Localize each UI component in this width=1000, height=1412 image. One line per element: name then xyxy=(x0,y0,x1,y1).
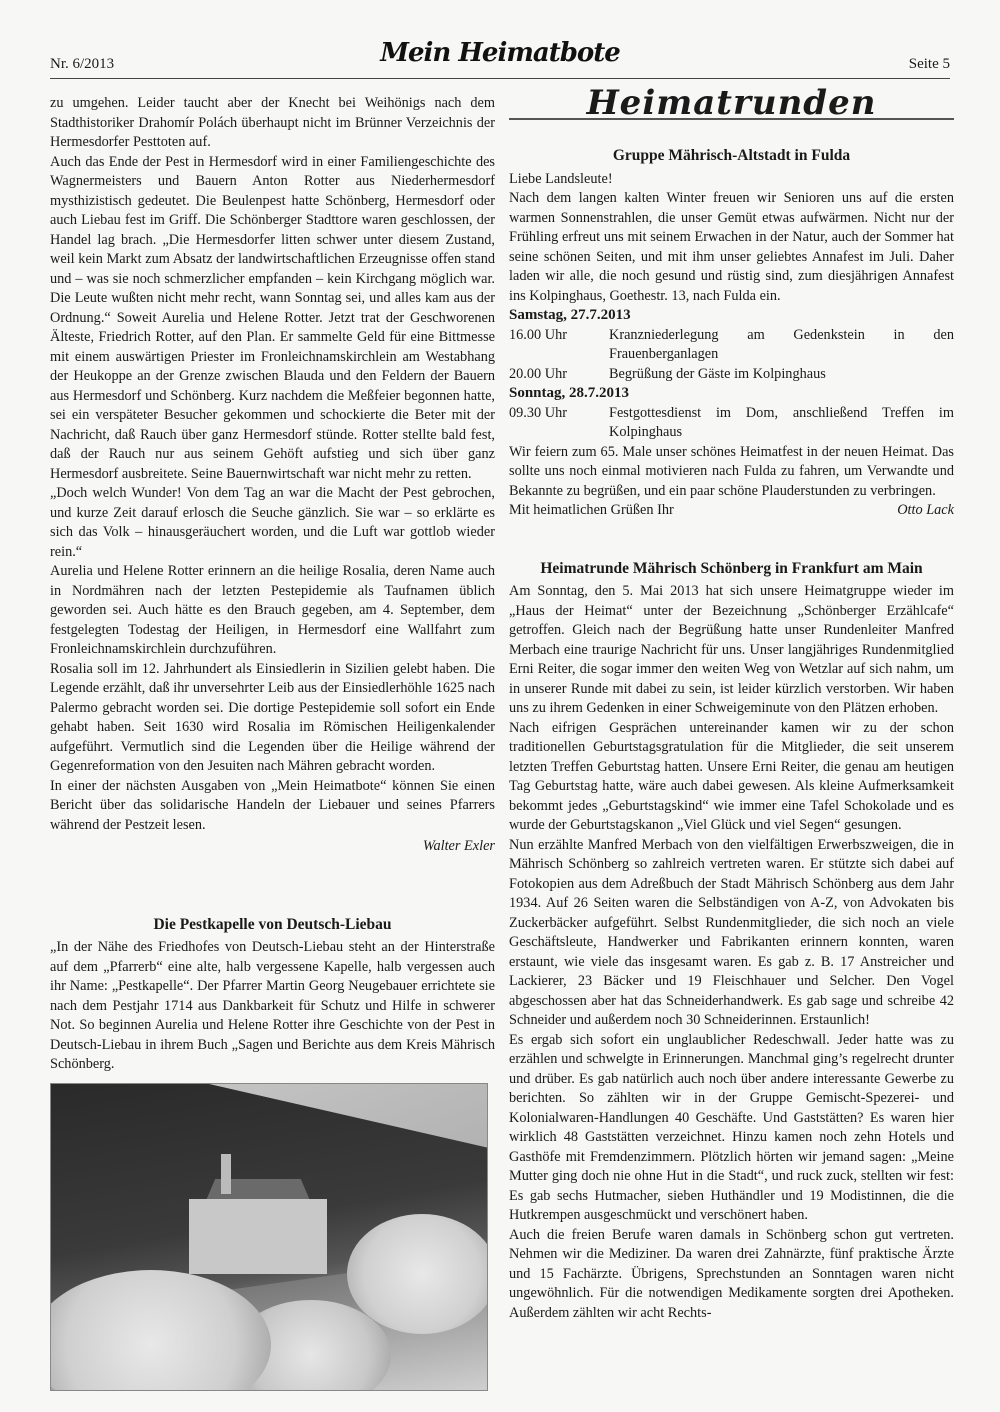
blank-space xyxy=(50,857,495,915)
article-title: Die Pestkapelle von Deutsch-Liebau xyxy=(50,915,495,935)
blank-space xyxy=(509,521,954,559)
blossom-tree xyxy=(347,1214,488,1334)
paragraph: Nach eifrigen Gesprächen untereinander k… xyxy=(509,719,954,836)
greeting: Liebe Landsleute! xyxy=(509,170,954,190)
schedule-row: 09.30 Uhr Festgottesdienst im Dom, ansch… xyxy=(509,404,954,443)
page-number: Seite 5 xyxy=(909,56,950,73)
article-title: Heimatrunde Mährisch Schönberg in Frankf… xyxy=(509,559,954,579)
paragraph: Nach dem langen kalten Winter freuen wir… xyxy=(509,189,954,306)
closing-line: Mit heimatlichen Grüßen Ihr Otto Lack xyxy=(509,501,954,521)
chapel-building xyxy=(189,1199,327,1274)
sky xyxy=(207,1084,487,1164)
page-header: Nr. 6/2013 Mein Heimatbote Seite 5 xyxy=(50,40,950,80)
event-time: 16.00 Uhr xyxy=(509,326,609,365)
left-column: zu umgehen. Leider taucht aber der Knech… xyxy=(50,94,495,1391)
schedule-row: 16.00 Uhr Kranzniederlegung am Gedenkste… xyxy=(509,326,954,365)
section-title: Heimatrunden xyxy=(509,86,954,120)
article-title: Gruppe Mährisch-Altstadt in Fulda xyxy=(509,146,954,166)
paragraph: Aurelia und Helene Rotter erinnern an di… xyxy=(50,562,495,660)
author-signature: Otto Lack xyxy=(897,501,954,521)
event-time: 20.00 Uhr xyxy=(509,365,609,385)
paragraph: Auch das Ende der Pest in Hermesdorf wir… xyxy=(50,153,495,485)
closing-text: Mit heimatlichen Grüßen Ihr xyxy=(509,501,674,521)
event-time: 09.30 Uhr xyxy=(509,404,609,443)
masthead-logo: Mein Heimatbote xyxy=(380,38,620,68)
chapel-tower xyxy=(221,1154,231,1194)
day-heading: Sonntag, 28.7.2013 xyxy=(509,384,954,404)
paragraph: Auch die freien Berufe waren damals in S… xyxy=(509,1226,954,1324)
paragraph: Rosalia soll im 12. Jahrhundert als Eins… xyxy=(50,660,495,777)
right-column: Heimatrunden Gruppe Mährisch-Altstadt in… xyxy=(509,94,954,1323)
paragraph: Am Sonntag, den 5. Mai 2013 hat sich uns… xyxy=(509,582,954,719)
header-divider xyxy=(50,78,950,79)
day-heading: Samstag, 27.7.2013 xyxy=(509,306,954,326)
paragraph: Wir feiern zum 65. Male unser schönes He… xyxy=(509,443,954,502)
paragraph: zu umgehen. Leider taucht aber der Knech… xyxy=(50,94,495,153)
author-signature: Walter Exler xyxy=(50,837,495,857)
paragraph: In einer der nächsten Ausgaben von „Mein… xyxy=(50,777,495,836)
paragraph: „In der Nähe des Friedhofes von Deutsch-… xyxy=(50,938,495,1075)
event-description: Festgottesdienst im Dom, anschließend Tr… xyxy=(609,404,954,443)
paragraph: Nun erzählte Manfred Merbach von den vie… xyxy=(509,836,954,1031)
chapel-photo xyxy=(50,1083,488,1391)
schedule-row: 20.00 Uhr Begrüßung der Gäste im Kolping… xyxy=(509,365,954,385)
event-description: Kranzniederlegung am Gedenkstein in den … xyxy=(609,326,954,365)
paragraph: Es ergab sich sofort ein unglaublicher R… xyxy=(509,1031,954,1226)
paragraph: „Doch welch Wunder! Von dem Tag an war d… xyxy=(50,484,495,562)
event-description: Begrüßung der Gäste im Kolpinghaus xyxy=(609,365,954,385)
issue-number: Nr. 6/2013 xyxy=(50,56,114,73)
